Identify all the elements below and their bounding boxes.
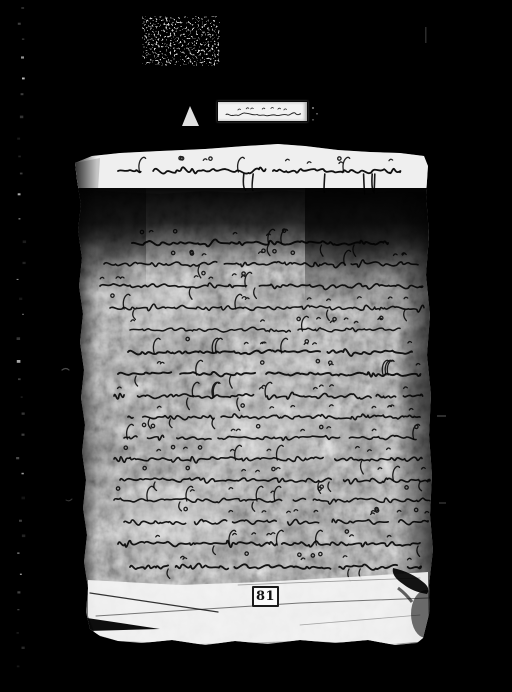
- page-number-value: 81: [256, 589, 275, 604]
- microfilm-frame: จมื่นมาทใกสุ 81: [0, 0, 512, 692]
- page-bottom-white-area: [88, 572, 429, 644]
- archive-label: จมื่นมาทใกสุ: [217, 101, 308, 122]
- page-number-stamp: 81: [252, 586, 279, 607]
- manuscript-page: [70, 140, 446, 650]
- archive-label-script: [222, 105, 304, 119]
